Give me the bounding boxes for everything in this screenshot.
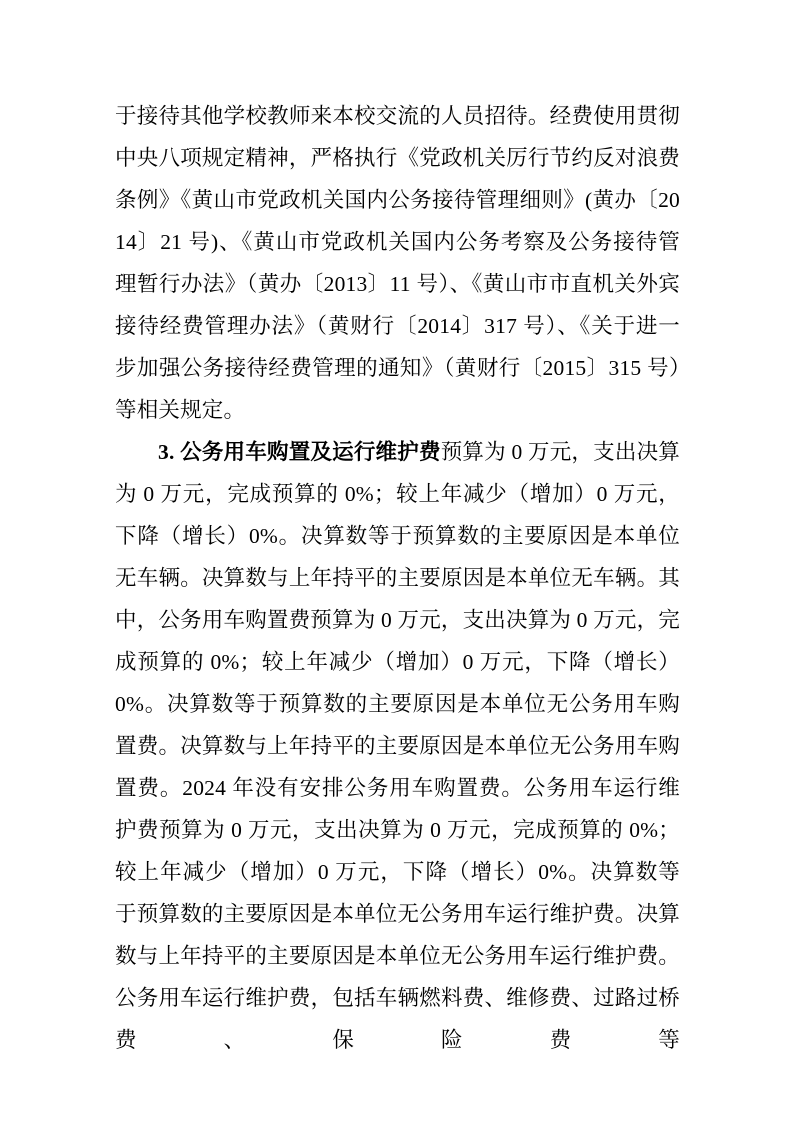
paragraph-reception-regulations-text: 于接待其他学校教师来本校交流的人员招待。经费使用贯彻中央八项规定精神，严格执行《… bbox=[115, 104, 680, 422]
vehicle-expenses-body-text: 预算为 0 万元，支出决算为 0 万元，完成预算的 0%；较上年减少（增加）0 … bbox=[115, 440, 680, 1052]
document-page: 于接待其他学校教师来本校交流的人员招待。经费使用贯彻中央八项规定精神，严格执行《… bbox=[0, 0, 793, 1122]
paragraph-vehicle-expenses: 3. 公务用车购置及运行维护费预算为 0 万元，支出决算为 0 万元，完成预算的… bbox=[115, 431, 680, 1061]
paragraph-reception-regulations: 于接待其他学校教师来本校交流的人员招待。经费使用贯彻中央八项规定精神，严格执行《… bbox=[115, 95, 680, 431]
vehicle-expenses-bold-heading: 3. 公务用车购置及运行维护费 bbox=[158, 440, 441, 464]
